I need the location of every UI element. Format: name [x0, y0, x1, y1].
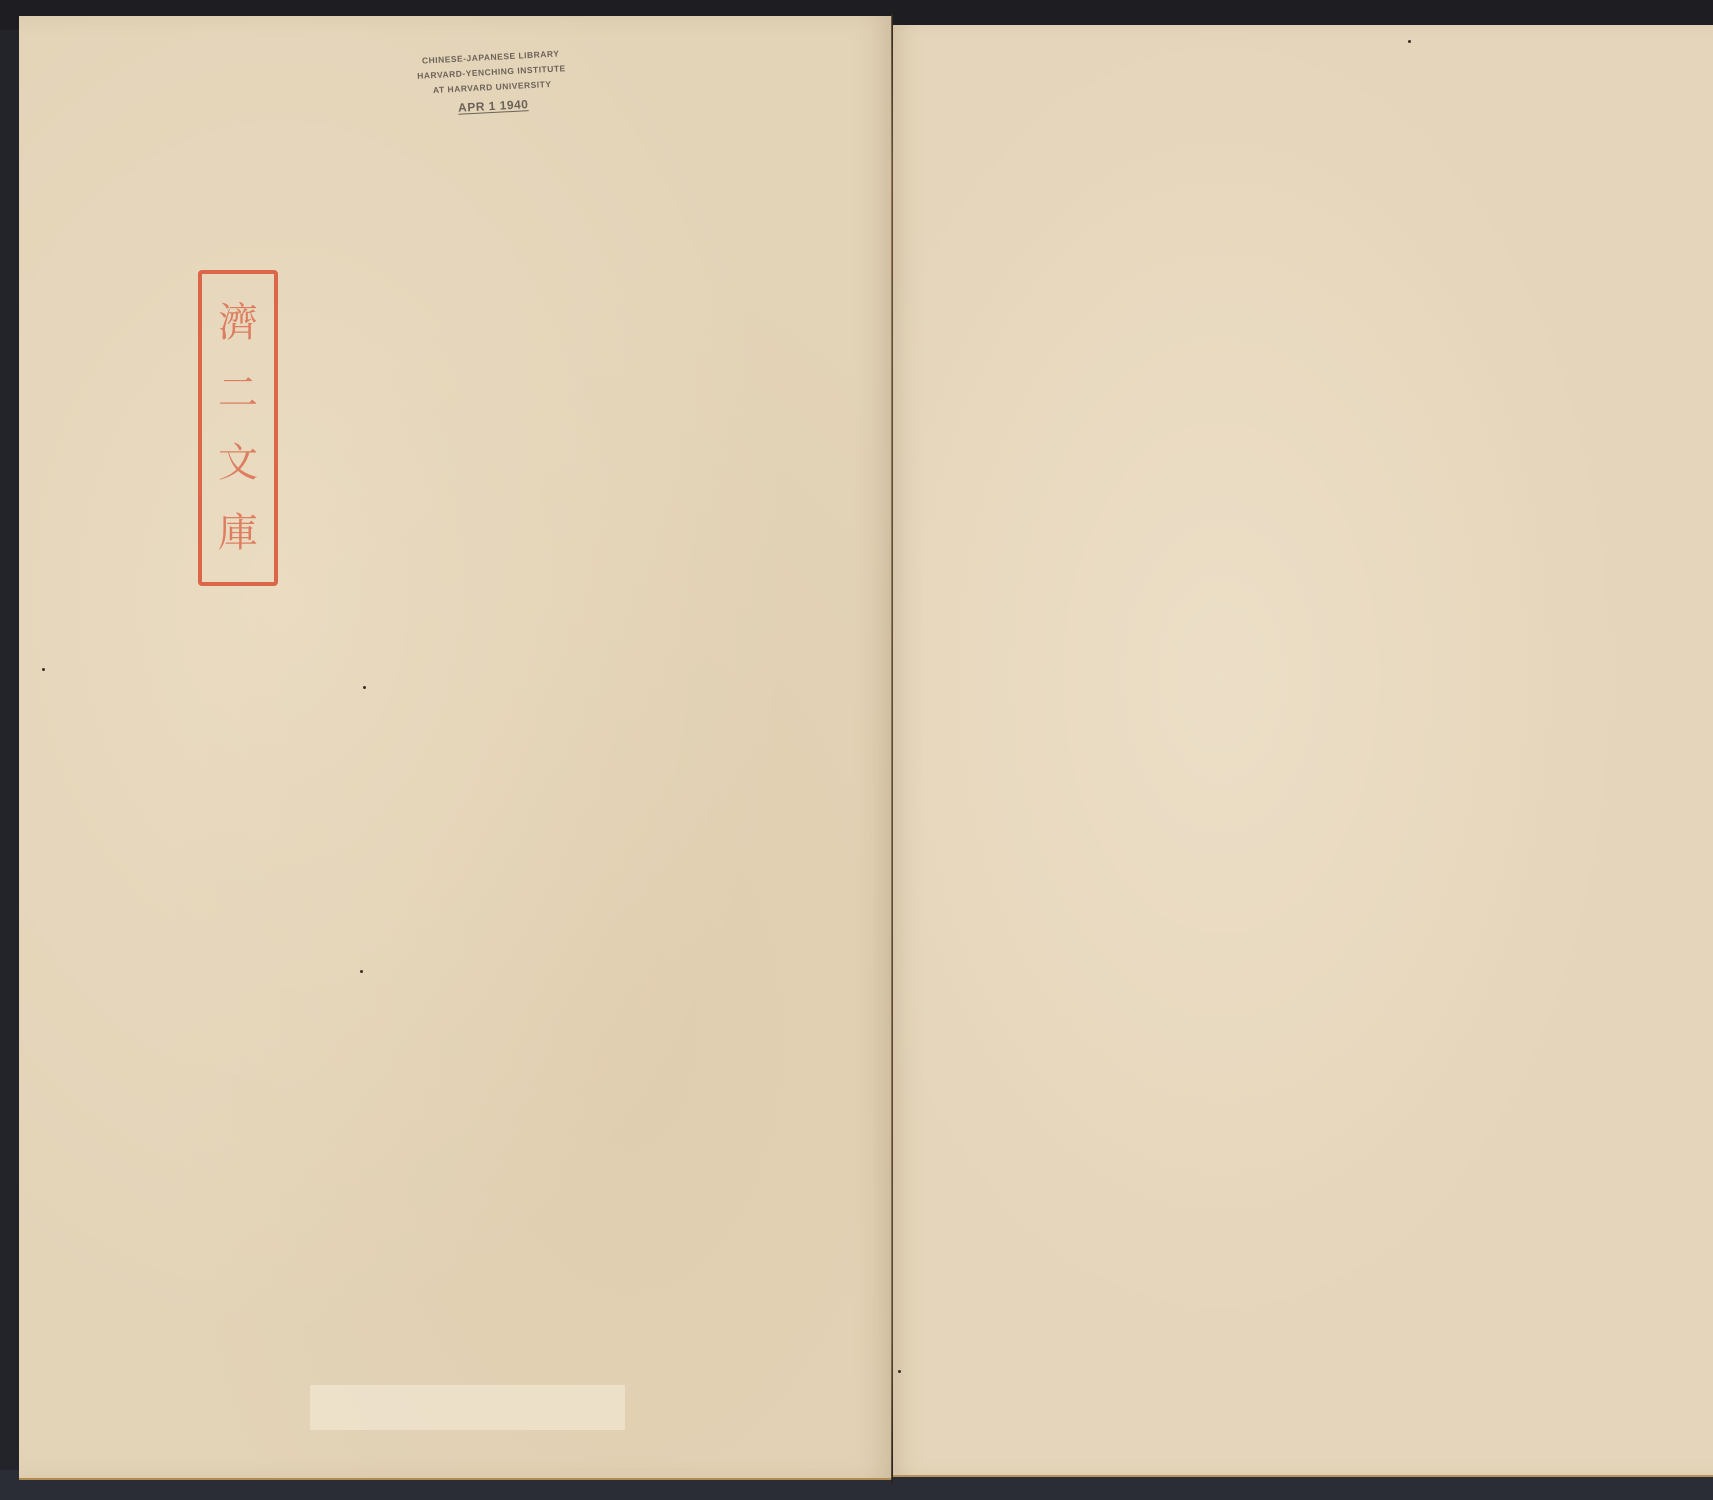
paper-speck: [1408, 40, 1411, 43]
paper-speck: [363, 686, 366, 689]
seal-char-3: 文: [218, 441, 258, 485]
seal-char-4: 庫: [218, 511, 258, 555]
paper-speck: [898, 1370, 901, 1373]
paper-light-patch: [310, 1385, 625, 1430]
red-collector-seal: 濟 二 文 庫: [198, 270, 278, 586]
book-spine-fold: [891, 14, 893, 1484]
seal-char-1: 濟: [218, 301, 258, 345]
library-accession-stamp: CHINESE-JAPANESE LIBRARY HARVARD-YENCHIN…: [410, 46, 573, 119]
paper-speck: [42, 668, 45, 671]
left-page: [19, 16, 892, 1480]
seal-char-2: 二: [218, 371, 258, 415]
paper-speck: [360, 970, 363, 973]
right-page: [893, 25, 1713, 1477]
